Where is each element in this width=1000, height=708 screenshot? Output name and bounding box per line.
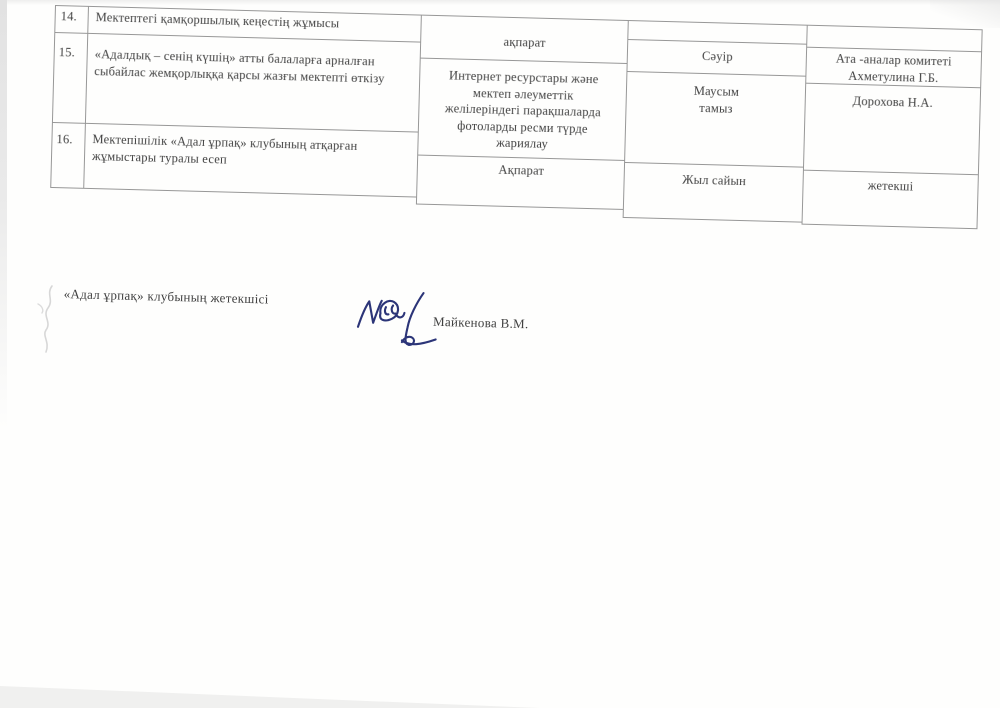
cell-timing-15: Маусым тамыз (625, 72, 806, 168)
column-timing: Сәуір Маусым тамыз Жыл сайын (623, 20, 808, 223)
column-responsible: Ата -аналар комитеті Ахметулина Г.Б. Дор… (802, 25, 983, 230)
signature-label: «Адал ұрпақ» клубының жетекшісі (64, 286, 269, 307)
cell-activity-16: Мектепішілік «Адал ұрпақ» клубының атқар… (84, 124, 419, 197)
paper-edge-bottom-left (0, 686, 540, 708)
cell-responsible-16: жетекші (803, 171, 978, 229)
cell-no-16: 16. (51, 123, 86, 188)
form-text: Интернет ресурстары және мектеп әлеуметт… (436, 67, 610, 154)
cell-form-16: Ақпарат (417, 156, 625, 209)
responsible-text: Дорохова Н.А. (852, 94, 933, 110)
row-number: 16. (56, 132, 73, 146)
cell-form-14: ақпарат (421, 16, 629, 64)
form-text: ақпарат (503, 35, 546, 50)
form-text: Ақпарат (498, 163, 544, 178)
activity-text: Мектепішілік «Адал ұрпақ» клубының атқар… (92, 132, 358, 166)
paper-edge-left (0, 0, 7, 430)
cell-timing-16: Жыл сайын (624, 163, 804, 222)
column-activity: Мектептегі қамқоршылық кеңестің жұмысы «… (83, 6, 422, 198)
row-number: 14. (61, 9, 78, 23)
cell-responsible-15: Дорохова Н.А. (804, 84, 980, 176)
scanned-document-page: 14. 15. 16. Мектептегі қамқоршылық кеңес… (0, 0, 1000, 708)
cell-activity-15: «Адалдық – сенің күшің» атты балаларға а… (86, 34, 421, 133)
column-form: ақпарат Интернет ресурстары және мектеп … (416, 15, 629, 210)
timing-text: Маусым тамыз (680, 82, 753, 117)
cell-no-14: 14. (55, 6, 89, 34)
signature-name: Майкенова В.М. (433, 314, 529, 332)
work-plan-table: 14. 15. 16. Мектептегі қамқоршылық кеңес… (50, 5, 985, 239)
cell-responsible-14: Ата -аналар комитеті Ахметулина Г.Б. (806, 48, 981, 89)
cell-timing-14: Сәуір (627, 40, 807, 77)
cell-no-15: 15. (53, 33, 88, 124)
handwritten-signature-icon (350, 288, 444, 352)
cell-form-15: Интернет ресурстары және мектеп әлеуметт… (418, 59, 627, 161)
activity-text: Мектептегі қамқоршылық кеңестің жұмысы (96, 10, 340, 30)
timing-text: Жыл сайын (682, 172, 746, 188)
responsible-text: Ата -аналар комитеті Ахметулина Г.Б. (823, 50, 964, 87)
activity-text: «Адалдық – сенің күшің» атты балаларға а… (94, 47, 385, 85)
paper-edge-top-right (930, 0, 1000, 28)
timing-text: Сәуір (702, 49, 733, 64)
row-number: 15. (59, 45, 76, 59)
signature-block: «Адал ұрпақ» клубының жетекшісі Майкенов… (58, 283, 620, 368)
paper-edge-top (0, 0, 1000, 5)
responsible-text: жетекші (868, 178, 914, 193)
